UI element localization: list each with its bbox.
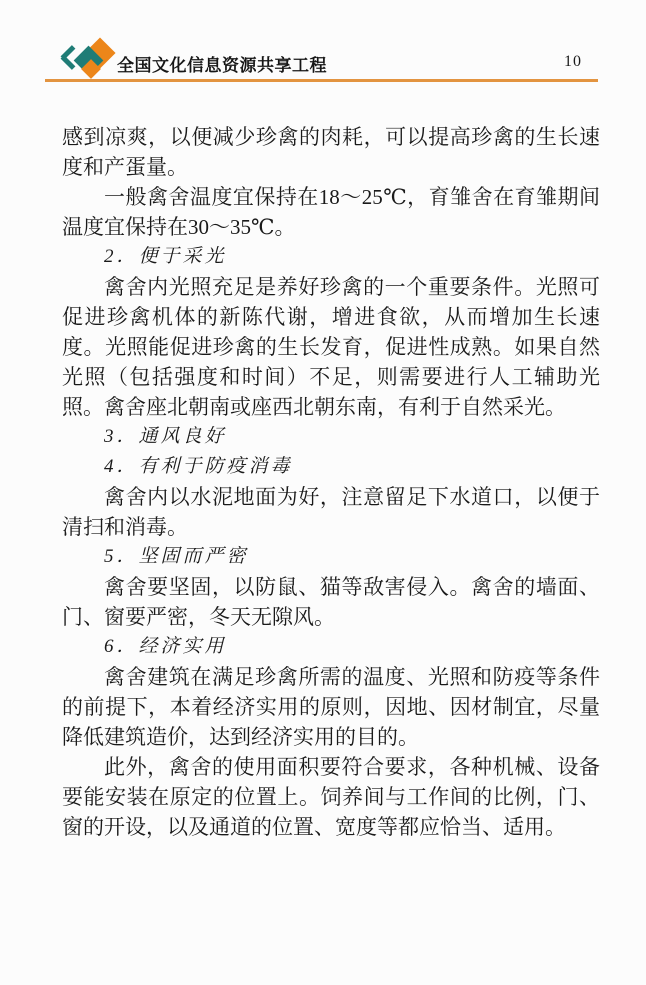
header-rule: [45, 79, 598, 82]
header-title: 全国文化信息资源共享工程: [117, 51, 327, 76]
section-heading: 6．经济实用: [62, 632, 600, 662]
project-logo: [58, 30, 122, 82]
logo-chevron-icon: [61, 55, 76, 70]
body-paragraph: 禽舍内光照充足是养好珍禽的一个重要条件。光照可促进珍禽机体的新陈代谢，增进食欲，…: [62, 272, 600, 422]
body-paragraph: 一般禽舍温度宜保持在18～25℃，育雏舍在育雏期间温度宜保持在30～35℃。: [62, 182, 600, 242]
body-paragraph: 此外，禽舍的使用面积要符合要求，各种机械、设备要能安装在原定的位置上。饲养间与工…: [62, 752, 600, 842]
section-heading: 3．通风良好: [62, 422, 600, 452]
body-paragraph: 感到凉爽，以便减少珍禽的肉耗，可以提高珍禽的生长速度和产蛋量。: [62, 122, 600, 182]
section-heading: 5．坚固而严密: [62, 542, 600, 572]
page-number: 10: [564, 53, 582, 71]
document-page: 全国文化信息资源共享工程 10 感到凉爽，以便减少珍禽的肉耗，可以提高珍禽的生长…: [0, 0, 646, 985]
body-paragraph: 禽舍内以水泥地面为好，注意留足下水道口，以便于清扫和消毒。: [62, 482, 600, 542]
body-paragraph: 禽舍建筑在满足珍禽所需的温度、光照和防疫等条件的前提下，本着经济实用的原则，因地…: [62, 662, 600, 752]
section-heading: 2．便于采光: [62, 242, 600, 272]
page-body: 感到凉爽，以便减少珍禽的肉耗，可以提高珍禽的生长速度和产蛋量。一般禽舍温度宜保持…: [62, 122, 600, 842]
section-heading: 4．有利于防疫消毒: [62, 452, 600, 482]
body-paragraph: 禽舍要坚固，以防鼠、猫等敌害侵入。禽舍的墙面、门、窗要严密，冬天无隙风。: [62, 572, 600, 632]
